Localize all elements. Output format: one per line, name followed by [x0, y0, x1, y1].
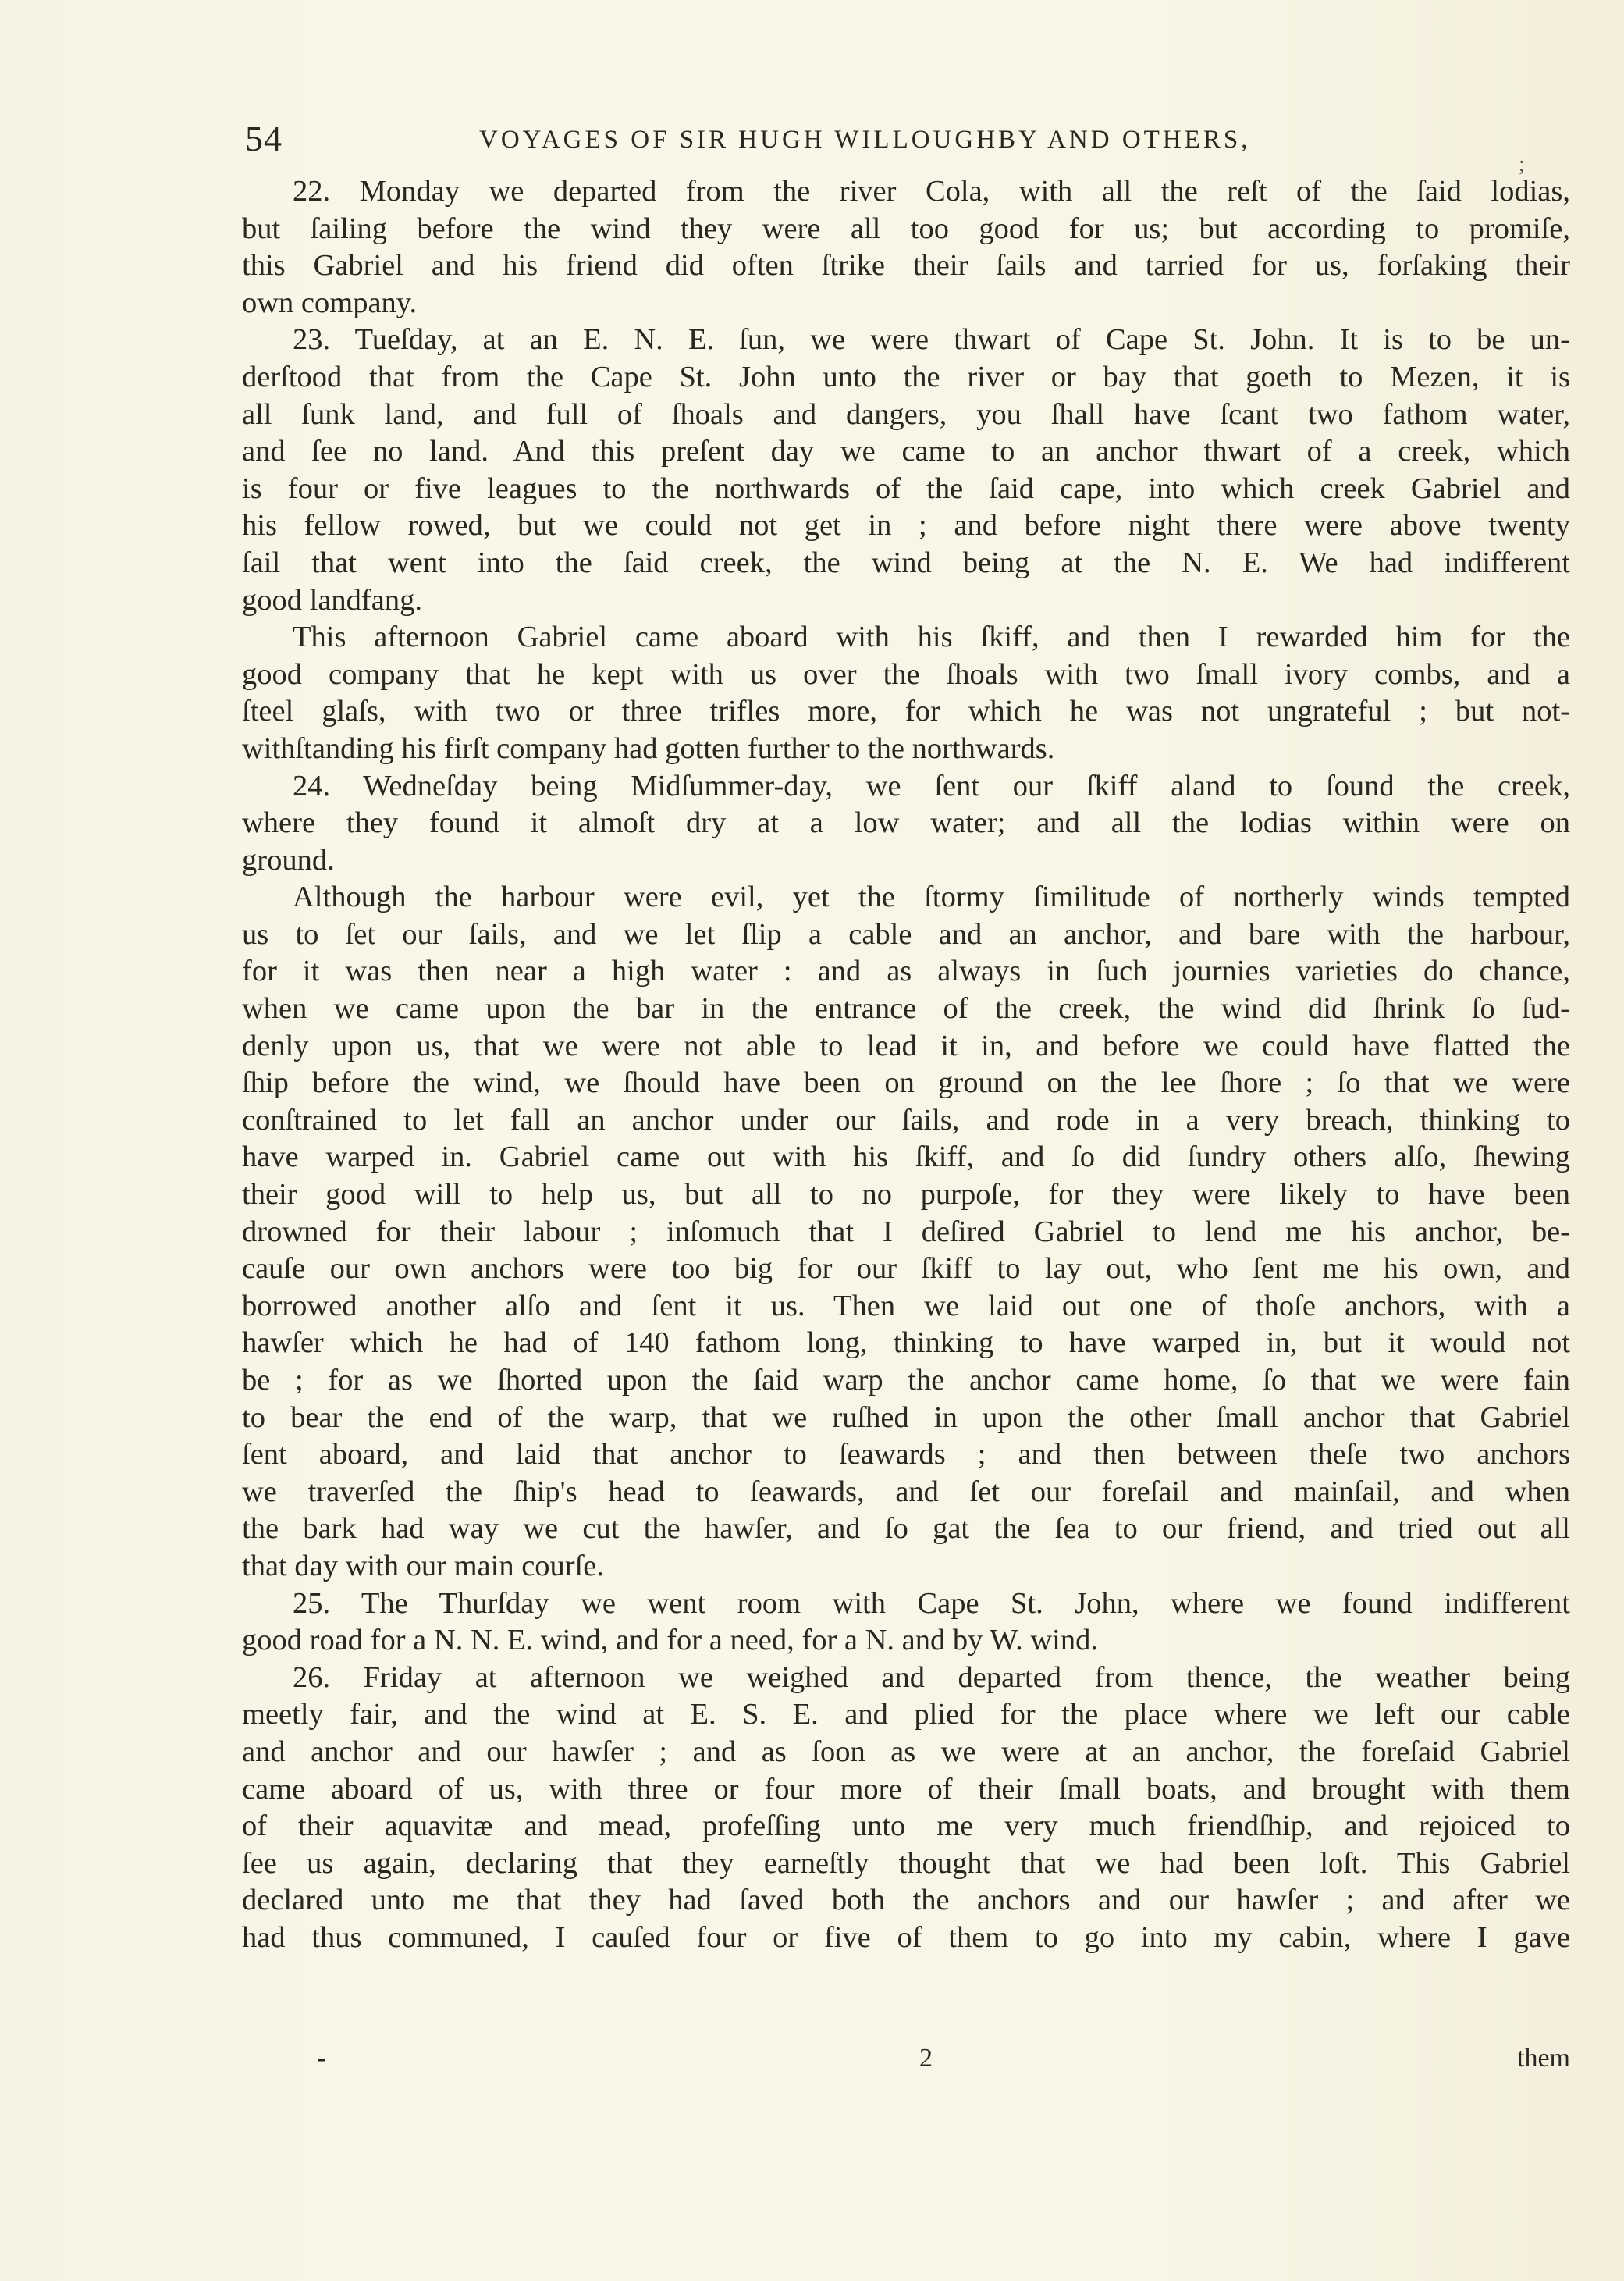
text-line: drowned for their labour ; inſomuch that…	[242, 1214, 1570, 1251]
text-line: we traverſed the ſhip's head to ſeawards…	[242, 1474, 1570, 1511]
text-line: cauſe our own anchors were too big for o…	[242, 1251, 1570, 1288]
text-line: where they found it almoſt dry at a low …	[242, 805, 1570, 842]
text-line: meetly fair, and the wind at E. S. E. an…	[242, 1696, 1570, 1734]
text-line: own company.	[242, 285, 1570, 322]
text-line: ſhip before the wind, we ſhould have bee…	[242, 1065, 1570, 1102]
text-line: us to ſet our ſails, and we let ſlip a c…	[242, 916, 1570, 954]
text-line: of their aquavitæ and mead, profeſſing u…	[242, 1808, 1570, 1845]
text-line: conſtrained to let fall an anchor under …	[242, 1102, 1570, 1140]
book-page: 54 VOYAGES OF SIR HUGH WILLOUGHBY AND OT…	[0, 0, 1624, 2281]
text-line: came aboard of us, with three or four mo…	[242, 1771, 1570, 1809]
text-line: ſail that went into the ſaid creek, the …	[242, 545, 1570, 582]
catchword: them	[1517, 2039, 1570, 2078]
footer-dash: -	[317, 2039, 325, 2078]
running-head: 54 VOYAGES OF SIR HUGH WILLOUGHBY AND OT…	[245, 116, 1572, 162]
text-line: that day with our main courſe.	[242, 1548, 1570, 1585]
text-line: 23. Tueſday, at an E. N. E. ſun, we were…	[242, 322, 1570, 359]
text-line: declared unto me that they had ſaved bot…	[242, 1882, 1570, 1920]
text-line: Although the harbour were evil, yet the …	[242, 879, 1570, 916]
paragraph-p24b: Although the harbour were evil, yet the …	[242, 879, 1570, 1585]
text-line: all ſunk land, and full of ſhoals and da…	[242, 397, 1570, 434]
text-line: is four or five leagues to the northward…	[242, 471, 1570, 508]
text-line: withſtanding his firſt company had gotte…	[242, 731, 1570, 768]
page-number: 54	[245, 116, 283, 162]
text-line: 24. Wedneſday being Midſummer-day, we ſe…	[242, 768, 1570, 806]
text-line: ſee us again, declaring that they earneſ…	[242, 1845, 1570, 1883]
text-line: 22. Monday we departed from the river Co…	[242, 173, 1570, 211]
text-line: to bear the end of the warp, that we ruſ…	[242, 1400, 1570, 1437]
text-line: ſteel glaſs, with two or three trifles m…	[242, 693, 1570, 731]
paragraph-p26: 26. Friday at afternoon we weighed and d…	[242, 1660, 1570, 1957]
text-line: hawſer which he had of 140 fathom long, …	[242, 1325, 1570, 1362]
text-line: ſent aboard, and laid that anchor to ſea…	[242, 1436, 1570, 1474]
body-text: 22. Monday we departed from the river Co…	[242, 173, 1570, 1957]
text-line: and ſee no land. And this preſent day we…	[242, 433, 1570, 471]
paragraph-p25: 25. The Thurſday we went room with Cape …	[242, 1585, 1570, 1660]
paragraph-p22: 22. Monday we departed from the river Co…	[242, 173, 1570, 322]
text-line: denly upon us, that we were not able to …	[242, 1028, 1570, 1066]
running-title: VOYAGES OF SIR HUGH WILLOUGHBY AND OTHER…	[479, 120, 1250, 159]
text-line: derſtood that from the Cape St. John unt…	[242, 359, 1570, 397]
text-line: 26. Friday at afternoon we weighed and d…	[242, 1660, 1570, 1697]
page-footer: - 2 them	[242, 2039, 1570, 2078]
text-line: and anchor and our hawſer ; and as ſoon …	[242, 1734, 1570, 1771]
text-line: be ; for as we ſhorted upon the ſaid war…	[242, 1362, 1570, 1400]
text-line: the bark had way we cut the hawſer, and …	[242, 1511, 1570, 1548]
text-line: this Gabriel and his friend did often ſt…	[242, 247, 1570, 285]
paragraph-p23: 23. Tueſday, at an E. N. E. ſun, we were…	[242, 322, 1570, 619]
text-line: have warped in. Gabriel came out with hi…	[242, 1139, 1570, 1176]
text-line: for it was then near a high water : and …	[242, 953, 1570, 991]
paragraph-p24: 24. Wedneſday being Midſummer-day, we ſe…	[242, 768, 1570, 880]
text-line: his fellow rowed, but we could not get i…	[242, 507, 1570, 545]
paragraph-p23b: This afternoon Gabriel came aboard with …	[242, 619, 1570, 767]
text-line: their good will to help us, but all to n…	[242, 1176, 1570, 1214]
text-line: borrowed another alſo and ſent it us. Th…	[242, 1288, 1570, 1326]
text-line: when we came upon the bar in the entranc…	[242, 991, 1570, 1028]
signature-mark: 2	[919, 2039, 933, 2078]
text-line: but ſailing before the wind they were al…	[242, 211, 1570, 248]
text-line: good company that he kept with us over t…	[242, 657, 1570, 694]
text-line: good road for a N. N. E. wind, and for a…	[242, 1622, 1570, 1660]
text-line: had thus communed, I cauſed four or five…	[242, 1920, 1570, 1957]
text-line: 25. The Thurſday we went room with Cape …	[242, 1585, 1570, 1623]
text-line: This afternoon Gabriel came aboard with …	[242, 619, 1570, 657]
text-line: good landfang.	[242, 582, 1570, 620]
text-line: ground.	[242, 842, 1570, 880]
